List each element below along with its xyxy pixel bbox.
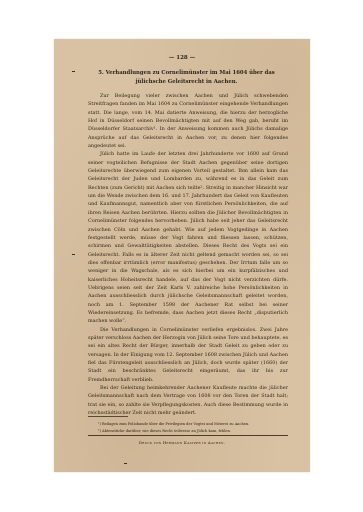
footnote-divider bbox=[88, 416, 128, 417]
printer-divider bbox=[88, 435, 288, 436]
paragraph: Die Verhandlungen in Cornelimünster verl… bbox=[88, 326, 288, 384]
margin-mark bbox=[72, 71, 75, 72]
printer-imprint: Druck von Hermann Kaatzer in Aachen. bbox=[54, 440, 310, 445]
paragraph: Bei der Geleitung heimkehrender Aachener… bbox=[88, 384, 288, 417]
body-text: Zur Beilegung vieler zwischen Aachen und… bbox=[88, 92, 288, 417]
footnote: ²) Aktenstücke darüber, wie dieses Recht… bbox=[98, 428, 290, 435]
scanned-page: — 128 — 5. Verhandlungen zu Cornelimünst… bbox=[54, 39, 310, 472]
paragraph: Zur Beilegung vieler zwischen Aachen und… bbox=[88, 92, 288, 150]
margin-mark bbox=[72, 254, 75, 255]
paragraph: Jülich hatte im Laufe der letzten drei J… bbox=[88, 150, 288, 325]
page-blemish bbox=[124, 463, 127, 464]
page-number: — 128 — bbox=[54, 55, 310, 61]
section-heading: 5. Verhandlungen zu Cornelimünster im Ma… bbox=[84, 69, 289, 86]
footnotes: ¹) Beilagen zum Foliobande über die Priv… bbox=[98, 421, 290, 434]
